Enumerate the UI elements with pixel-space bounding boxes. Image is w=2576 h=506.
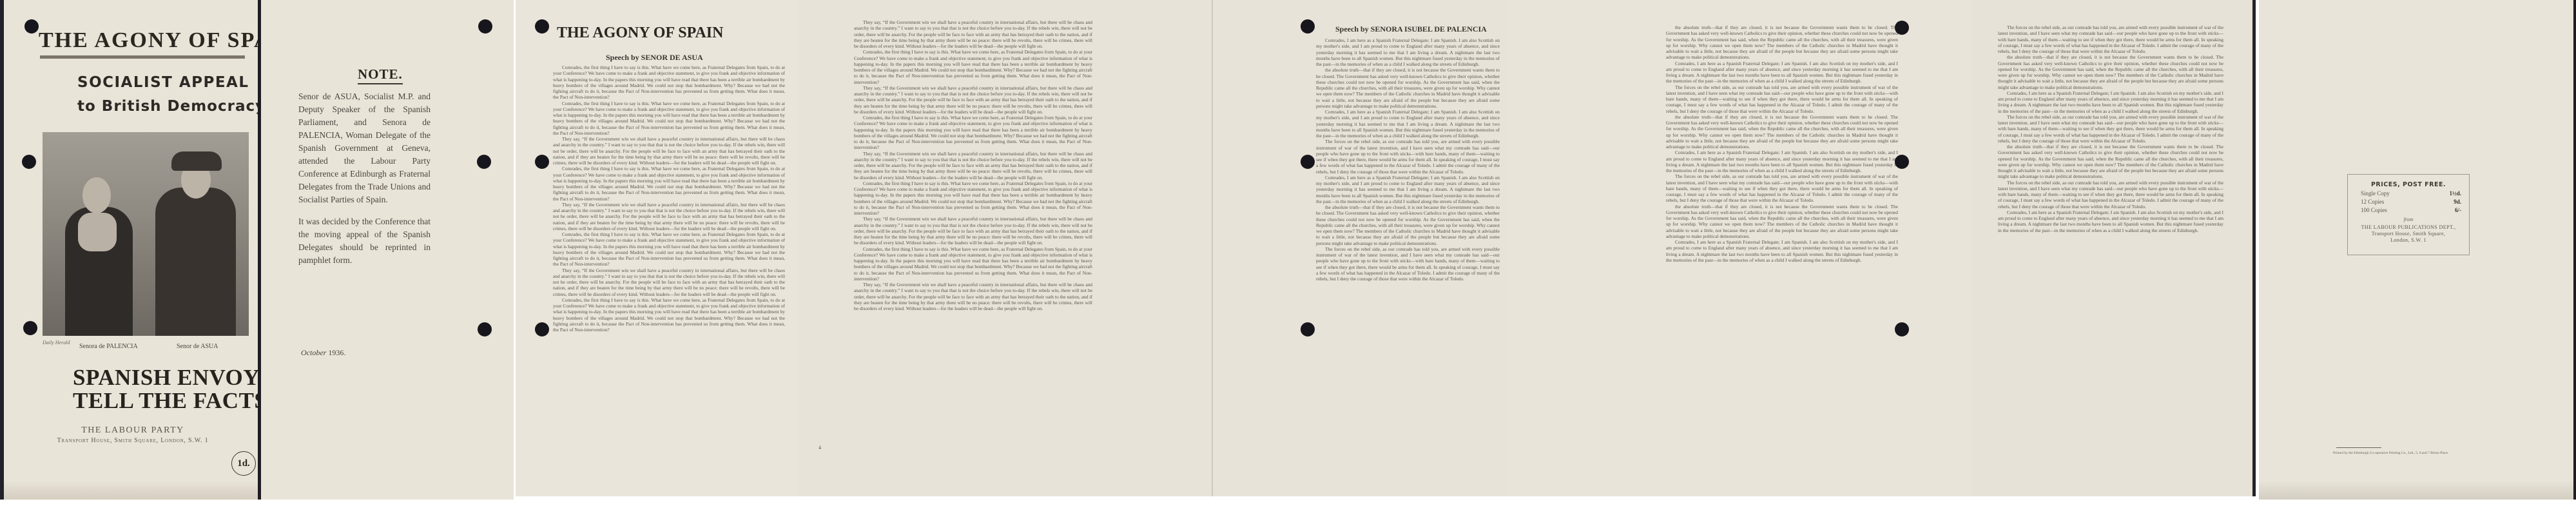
printer-imprint: Printed by the Edinburgh Co-operative Pr…: [2333, 451, 2448, 455]
note-date: October 1936.: [301, 348, 345, 358]
punch-hole: [1301, 155, 1315, 169]
publisher-name: THE LABOUR PARTY: [4, 425, 258, 436]
speech-paragraph: Comrades, the first thing I have to say …: [854, 246, 1092, 282]
cover-title: THE AGONY OF SPAIN: [39, 28, 258, 53]
note-paragraph: Senor de ASUA, Socialist M.P. and Deputy…: [298, 90, 431, 206]
punch-hole: [1895, 155, 1909, 169]
speech-paragraph: Comrades, the first thing I have to say …: [553, 297, 785, 333]
speech-paragraph: They say, “If the Government win we shal…: [854, 85, 1092, 115]
woman-head: [82, 177, 111, 213]
speech-paragraph: Comrades, I am here as a Spanish Fratern…: [1316, 175, 1500, 204]
note-paragraph: It was decided by the Conference that th…: [298, 215, 431, 267]
speech-text: They say, “If the Government win we shal…: [854, 19, 1092, 471]
price-label: 12 Copies: [2361, 199, 2384, 205]
speech-page-4: the absolute truth—that if they are clos…: [1508, 0, 1972, 496]
speech-paragraph: The forces on the rebel side, as our com…: [1666, 84, 1898, 114]
speech-paragraph: the absolute truth—that if they are clos…: [1666, 204, 1898, 240]
punch-hole: [535, 19, 549, 34]
cover-page: THE AGONY OF SPAIN SOCIALIST APPEAL to B…: [0, 0, 258, 500]
headline-line-2: TELL THE FACTS: [73, 389, 258, 413]
speech-paragraph: Comrades, the first thing I have to say …: [553, 101, 785, 137]
publisher-address: Transport House, Smith Square, London, S…: [4, 437, 258, 444]
back-cover: PRICES, POST FREE. Single Copy 1½d. 12 C…: [2259, 0, 2576, 500]
price-label: Single Copy: [2361, 190, 2390, 197]
price-label: 100 Copies: [2361, 207, 2387, 213]
caption-asua: Senor de ASUA: [177, 343, 218, 350]
punch-hole: [22, 155, 36, 169]
cover-subtitle-2: to British Democracy: [77, 98, 258, 115]
speech-paragraph: They say, “If the Government win we shal…: [854, 216, 1092, 246]
hat: [171, 151, 222, 171]
price-list: PRICES, POST FREE. Single Copy 1½d. 12 C…: [2347, 174, 2470, 255]
speech-paragraph: the absolute truth—that if they are clos…: [1316, 204, 1500, 246]
speech-paragraph: The forces on the rebel side, as our com…: [1666, 173, 1898, 203]
speech-page-1: THE AGONY OF SPAIN Speech by SENOR DE AS…: [516, 0, 799, 496]
speech-paragraph: Comrades, I am here as a Spanish Fratern…: [1316, 37, 1500, 67]
speech-paragraph: Comrades, the first thing I have to say …: [553, 166, 785, 202]
punch-hole: [535, 155, 549, 169]
speech-text: the absolute truth—that if they are clos…: [1666, 24, 1898, 469]
speech-paragraph: Comrades, I am here as a Spanish Fratern…: [1666, 239, 1898, 263]
speech-paragraph: They say, “If the Government win we shal…: [553, 136, 785, 166]
speech-text: Comrades, the first thing I have to say …: [553, 64, 785, 464]
prices-heading: PRICES, POST FREE.: [2348, 181, 2469, 188]
headline-line-1: SPANISH ENVOYS: [73, 366, 258, 389]
dept-address-city: London, S.W. 1: [2348, 237, 2469, 244]
scarf: [78, 213, 117, 251]
printer-rule: [2336, 447, 2381, 448]
punch-hole: [478, 322, 492, 336]
speech-paragraph: They say, “If the Government win we shal…: [553, 268, 785, 297]
speech-page-2: They say, “If the Government win we shal…: [799, 0, 1212, 496]
speech-paragraph: the absolute truth—that if they are clos…: [1998, 144, 2223, 180]
dept-name: THE LABOUR PUBLICATIONS DEPT.,: [2348, 224, 2469, 231]
speech-paragraph: Comrades, the first thing I have to say …: [854, 115, 1092, 151]
speech-text: The forces on the rebel side, as our com…: [1998, 24, 2223, 469]
price-row: 100 Copies 6/-: [2348, 207, 2469, 213]
dept-address: Transport House, Smith Square,: [2348, 231, 2469, 237]
punch-hole: [23, 321, 37, 335]
price-row: 12 Copies 9d.: [2348, 199, 2469, 205]
speech-paragraph: the absolute truth—that if they are clos…: [1998, 54, 2223, 90]
speech-paragraph: The forces on the rebel side, as our com…: [1316, 246, 1500, 282]
note-title: NOTE.: [358, 66, 403, 84]
speech-paragraph: Comrades, I am here as a Spanish Fratern…: [1316, 109, 1500, 139]
speech-paragraph: Comrades, the first thing I have to say …: [553, 64, 785, 101]
speech-paragraph: The forces on the rebel side, as our com…: [1998, 24, 2223, 54]
price-from: from: [2348, 217, 2469, 222]
speech-paragraph: The forces on the rebel side, as our com…: [1998, 114, 2223, 144]
punch-hole: [535, 322, 549, 336]
punch-hole: [478, 19, 492, 34]
speech-page-5: The forces on the rebel side, as our com…: [1972, 0, 2256, 496]
speech-paragraph: Comrades, I am here as a Spanish Fratern…: [1998, 209, 2223, 233]
photo-credit: Daily Herald: [43, 340, 70, 345]
speech-paragraph: They say, “If the Government win we shal…: [854, 19, 1092, 49]
speech-paragraph: the absolute truth—that if they are clos…: [1666, 24, 1898, 61]
title-rule: [40, 55, 245, 59]
speech-paragraph: They say, “If the Government win we shal…: [854, 282, 1092, 311]
speech-paragraph: Comrades, I am here as a Spanish Fratern…: [1666, 150, 1898, 173]
paper-shadow: [2259, 480, 2573, 500]
speech-byline: Speech by SENOR DE ASUA: [606, 53, 703, 63]
speech-byline: Speech by SENORA ISUBEL DE PALENCIA: [1335, 24, 1487, 34]
speech-paragraph: The forces on the rebel side, as our com…: [1998, 180, 2223, 209]
price-badge: 1d.: [231, 451, 256, 476]
punch-hole: [1895, 21, 1909, 35]
publications-dept: THE LABOUR PUBLICATIONS DEPT., Transport…: [2348, 224, 2469, 244]
punch-hole: [1301, 19, 1315, 34]
date-year: 1936.: [328, 348, 345, 357]
speech-paragraph: Comrades, the first thing I have to say …: [854, 49, 1092, 85]
speech-paragraph: the absolute truth—that if they are clos…: [1316, 67, 1500, 109]
speech-title: THE AGONY OF SPAIN: [557, 24, 723, 42]
caption-palencia: Senora de PALENCIA: [79, 343, 138, 350]
speech-text: Comrades, I am here as a Spanish Fratern…: [1316, 37, 1500, 463]
punch-hole: [24, 19, 39, 34]
price-row: Single Copy 1½d.: [2348, 190, 2469, 197]
speech-paragraph: Comrades, the first thing I have to say …: [854, 180, 1092, 217]
speech-paragraph: They say, “If the Government win we shal…: [854, 151, 1092, 180]
price-value: 9d.: [2454, 199, 2461, 205]
speech-page-3: Speech by SENORA ISUBEL DE PALENCIA Comr…: [1212, 0, 1508, 496]
note-page: NOTE. Senor de ASUA, Socialist M.P. and …: [258, 0, 514, 500]
punch-hole: [477, 155, 491, 169]
price-value: 6/-: [2455, 207, 2461, 213]
speech-paragraph: Comrades, I am here as a Spanish Fratern…: [1666, 61, 1898, 84]
paper-shadow: [4, 480, 258, 500]
speech-paragraph: Comrades, I am here as a Spanish Fratern…: [1998, 90, 2223, 114]
speech-paragraph: They say, “If the Government win we shal…: [553, 202, 785, 231]
speech-paragraph: the absolute truth—that if they are clos…: [1666, 114, 1898, 150]
cover-subtitle: SOCIALIST APPEAL: [77, 74, 249, 91]
speech-paragraph: Comrades, the first thing I have to say …: [553, 231, 785, 268]
punch-hole: [1895, 322, 1909, 336]
page-number: 4: [818, 445, 821, 451]
note-body: Senor de ASUA, Socialist M.P. and Deputy…: [298, 90, 431, 276]
price-value: 1½d.: [2449, 190, 2461, 197]
man-figure: [155, 188, 236, 336]
punch-hole: [1301, 322, 1315, 336]
envoys-photo: [43, 132, 249, 336]
cover-headline: SPANISH ENVOYS TELL THE FACTS: [73, 366, 258, 413]
speech-paragraph: The forces on the rebel side, as our com…: [1316, 139, 1500, 175]
date-month: October: [301, 348, 326, 357]
